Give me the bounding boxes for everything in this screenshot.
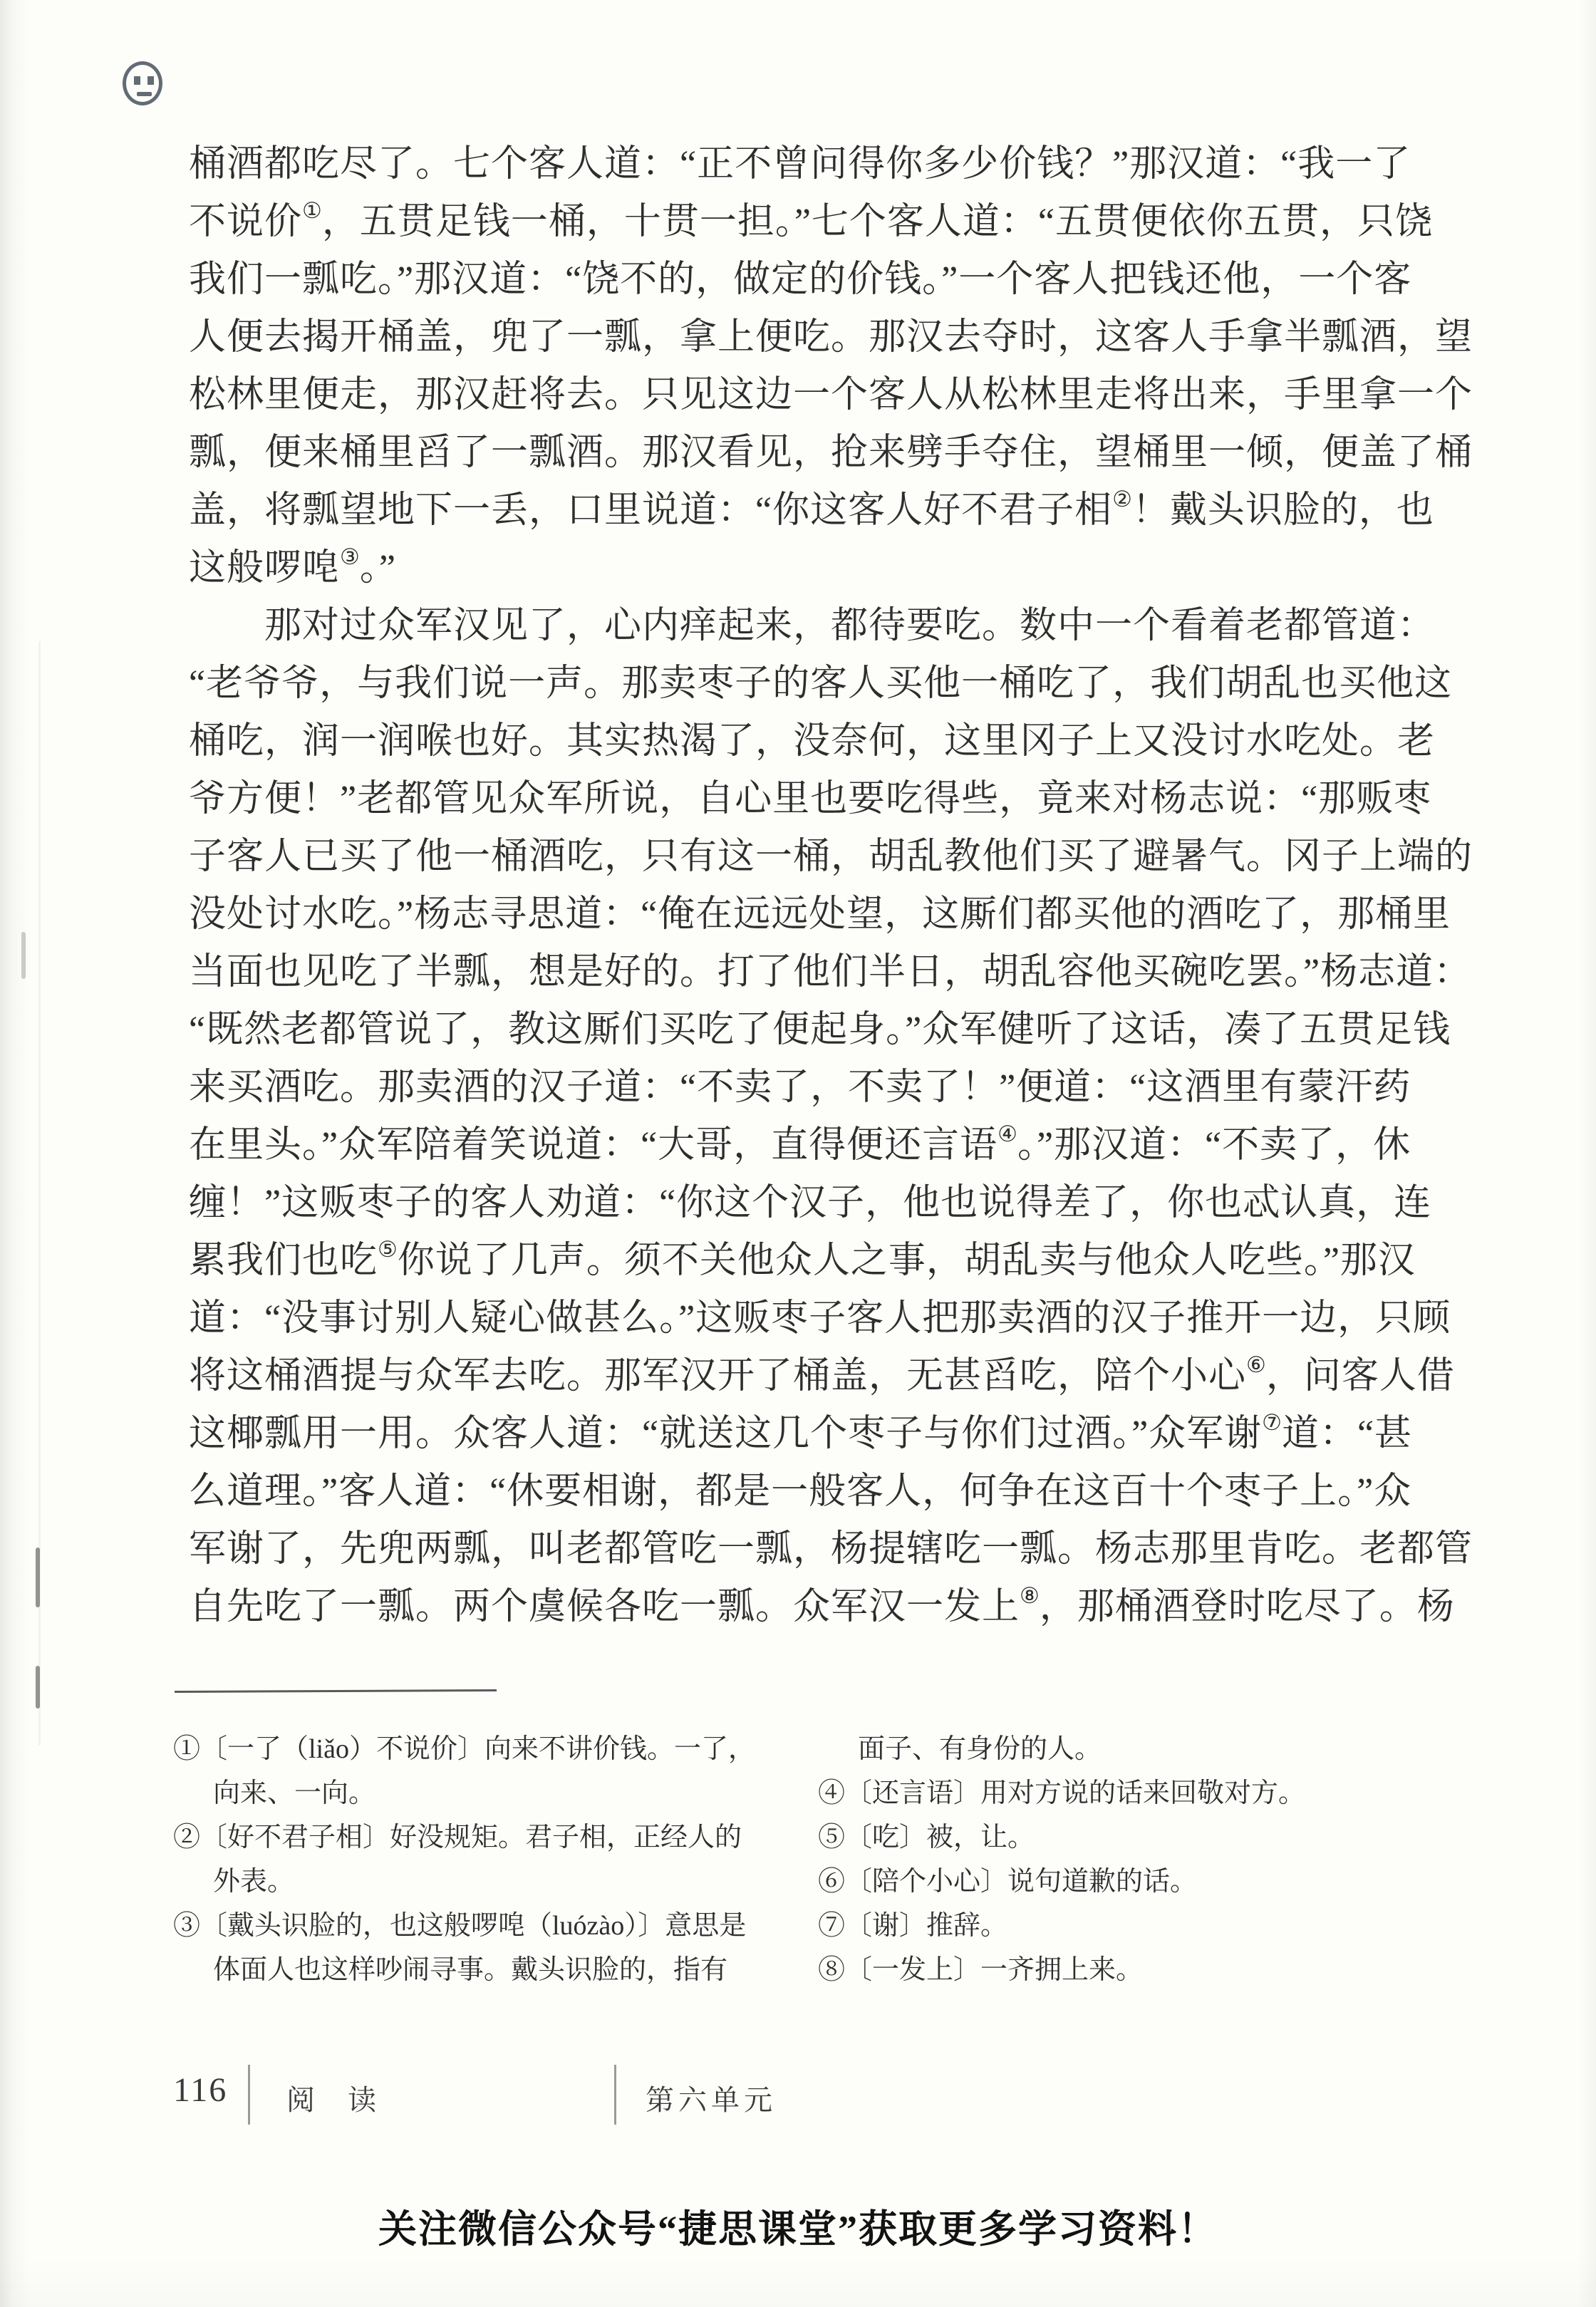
footer-divider-bar bbox=[248, 2065, 250, 2125]
body-text-line: 累我们也吃⑤你说了几声。须不关他众人之事，胡乱卖与他众人吃些。”那汉 bbox=[189, 1232, 1457, 1290]
footnotes-left-column: ①〔一了（liǎo）不说价〕向来不讲价钱。一了，向来、一向。②〔好不君子相〕好没… bbox=[173, 1727, 818, 1992]
footnote-ref-marker: ⑦ bbox=[1262, 1410, 1282, 1435]
body-text-line: 子客人已买了他一桶酒吃，只有这一桶，胡乱教他们买了避暑气。冈子上端的 bbox=[189, 828, 1457, 886]
footnote-line: 体面人也这样吵闹寻事。戴头识脸的，指有 bbox=[173, 1948, 818, 1992]
body-text-line: 桶吃，润一润喉也好。其实热渴了，没奈何，这里冈子上又没讨水吃处。老 bbox=[189, 712, 1457, 770]
page-number: 116 bbox=[173, 2070, 227, 2110]
footnote-line: ④〔还言语〕用对方说的话来回敬对方。 bbox=[818, 1771, 1463, 1815]
body-text-line: 人便去揭开桶盖，兜了一瓢，拿上便吃。那汉去夺时，这客人手拿半瓢酒，望 bbox=[189, 309, 1457, 366]
scan-edge-mark bbox=[21, 932, 26, 979]
body-text-line: “老爷爷，与我们说一声。那卖枣子的客人买他一桶吃了，我们胡乱也买他这 bbox=[189, 655, 1457, 712]
footnote-ref-marker: ⑧ bbox=[1020, 1583, 1040, 1608]
body-text-line: 军谢了，先兜两瓢，叫老都管吃一瓢，杨提辖吃一瓢。杨志那里肯吃。老都管 bbox=[189, 1520, 1457, 1578]
body-text-line: 爷方便！”老都管见众军所说，自心里也要吃得些，竟来对杨志说：“那贩枣 bbox=[189, 770, 1457, 828]
footnote-ref-marker: ③ bbox=[340, 544, 360, 569]
footer-section-label: 阅 读 bbox=[286, 2078, 389, 2118]
body-text-line: 松林里便走，那汉赶将去。只见这边一个客人从松林里走将出来，手里拿一个 bbox=[189, 366, 1457, 424]
body-text-line: 将这桶酒提与众军去吃。那军汉开了桶盖，无甚舀吃，陪个小心⑥，问客人借 bbox=[189, 1347, 1457, 1405]
footnote-line: ③〔戴头识脸的，也这般啰唣（luózào）〕意思是 bbox=[173, 1904, 818, 1948]
paragraph-1: 桶酒都吃尽了。七个客人道：“正不曾问得你多少价钱？”那汉道：“我一了不说价①，五… bbox=[189, 135, 1457, 597]
footnote-ref-marker: ⑥ bbox=[1246, 1352, 1266, 1377]
footnote-ref-marker: ④ bbox=[997, 1121, 1017, 1146]
footnote-line: ⑥〔陪个小心〕说句道歉的话。 bbox=[818, 1860, 1463, 1904]
body-text-line: 瓢，便来桶里舀了一瓢酒。那汉看见，抢来劈手夺住，望桶里一倾，便盖了桶 bbox=[189, 424, 1457, 482]
footnote-line: ②〔好不君子相〕好没规矩。君子相，正经人的 bbox=[173, 1815, 818, 1860]
footnotes-section: ①〔一了（liǎo）不说价〕向来不讲价钱。一了，向来、一向。②〔好不君子相〕好没… bbox=[173, 1727, 1477, 1992]
scan-edge-mark bbox=[36, 1666, 40, 1709]
footnote-line: ⑤〔吃〕被，让。 bbox=[818, 1815, 1463, 1860]
footnote-ref-marker: ① bbox=[302, 198, 322, 223]
footnote-line: 外表。 bbox=[173, 1860, 818, 1904]
scan-edge-mark bbox=[36, 1547, 40, 1607]
footnote-line: ⑦〔谢〕推辞。 bbox=[818, 1904, 1463, 1948]
paragraph-2: 那对过众军汉见了，心内痒起来，都待要吃。数中一个看着老都管道：“老爷爷，与我们说… bbox=[189, 597, 1457, 1636]
footnote-divider bbox=[175, 1689, 497, 1693]
body-text-line: 道：“没事讨别人疑心做甚么。”这贩枣子客人把那卖酒的汉子推开一边，只顾 bbox=[189, 1290, 1457, 1347]
footnote-ref-marker: ⑤ bbox=[378, 1237, 398, 1262]
body-text-line: 没处讨水吃。”杨志寻思道：“俺在远远处望，这厮们都买他的酒吃了，那桶里 bbox=[189, 886, 1457, 943]
footnote-line: 向来、一向。 bbox=[173, 1771, 818, 1815]
body-text-line: 那对过众军汉见了，心内痒起来，都待要吃。数中一个看着老都管道： bbox=[189, 597, 1457, 655]
footnote-line: ⑧〔一发上〕一齐拥上来。 bbox=[818, 1948, 1463, 1992]
body-text-line: 盖，将瓢望地下一丢，口里说道：“你这客人好不君子相②！戴头识脸的，也 bbox=[189, 482, 1457, 539]
smiley-face-icon bbox=[123, 61, 162, 105]
footnote-ref-marker: ② bbox=[1112, 487, 1132, 512]
footer-unit-label: 第六单元 bbox=[646, 2078, 777, 2118]
footnote-line: ①〔一了（liǎo）不说价〕向来不讲价钱。一了， bbox=[173, 1727, 818, 1771]
footer-divider-bar bbox=[614, 2065, 616, 2125]
body-text-line: 桶酒都吃尽了。七个客人道：“正不曾问得你多少价钱？”那汉道：“我一了 bbox=[189, 135, 1457, 193]
body-text-line: 来买酒吃。那卖酒的汉子道：“不卖了，不卖了！”便道：“这酒里有蒙汗药 bbox=[189, 1059, 1457, 1116]
body-text-line: 不说价①，五贯足钱一桶，十贯一担。”七个客人道：“五贯便依你五贯，只饶 bbox=[189, 193, 1457, 251]
main-text: 桶酒都吃尽了。七个客人道：“正不曾问得你多少价钱？”那汉道：“我一了不说价①，五… bbox=[189, 135, 1457, 1636]
body-text-line: 当面也见吃了半瓢，想是好的。打了他们半日，胡乱容他买碗吃罢。”杨志道： bbox=[189, 943, 1457, 1001]
body-text-line: 我们一瓢吃。”那汉道：“饶不的，做定的价钱。”一个客人把钱还他，一个客 bbox=[189, 251, 1457, 309]
body-text-line: 缠！”这贩枣子的客人劝道：“你这个汉子，他也说得差了，你也忒认真，连 bbox=[189, 1174, 1457, 1232]
body-text-line: “既然老都管说了，教这厮们买吃了便起身。”众军健听了这话，凑了五贯足钱 bbox=[189, 1001, 1457, 1059]
footnotes-right-column: 面子、有身份的人。④〔还言语〕用对方说的话来回敬对方。⑤〔吃〕被，让。⑥〔陪个小… bbox=[818, 1727, 1463, 1992]
body-text-line: 在里头。”众军陪着笑说道：“大哥，直得便还言语④。”那汉道：“不卖了，休 bbox=[189, 1116, 1457, 1174]
body-text-line: 自先吃了一瓢。两个虞候各吃一瓢。众军汉一发上⑧，那桶酒登时吃尽了。杨 bbox=[189, 1578, 1457, 1636]
footnote-line: 面子、有身份的人。 bbox=[818, 1727, 1463, 1771]
wechat-promo-banner: 关注微信公众号“捷思课堂”获取更多学习资料！ bbox=[0, 2199, 1596, 2254]
body-text-line: 这般啰唣③。” bbox=[189, 539, 1457, 597]
body-text-line: 这椰瓢用一用。众客人道：“就送这几个枣子与你们过酒。”众军谢⑦道：“甚 bbox=[189, 1405, 1457, 1463]
textbook-page: 桶酒都吃尽了。七个客人道：“正不曾问得你多少价钱？”那汉道：“我一了不说价①，五… bbox=[0, 0, 1596, 2307]
body-text-line: 么道理。”客人道：“休要相谢，都是一般客人，何争在这百十个枣子上。”众 bbox=[189, 1463, 1457, 1520]
